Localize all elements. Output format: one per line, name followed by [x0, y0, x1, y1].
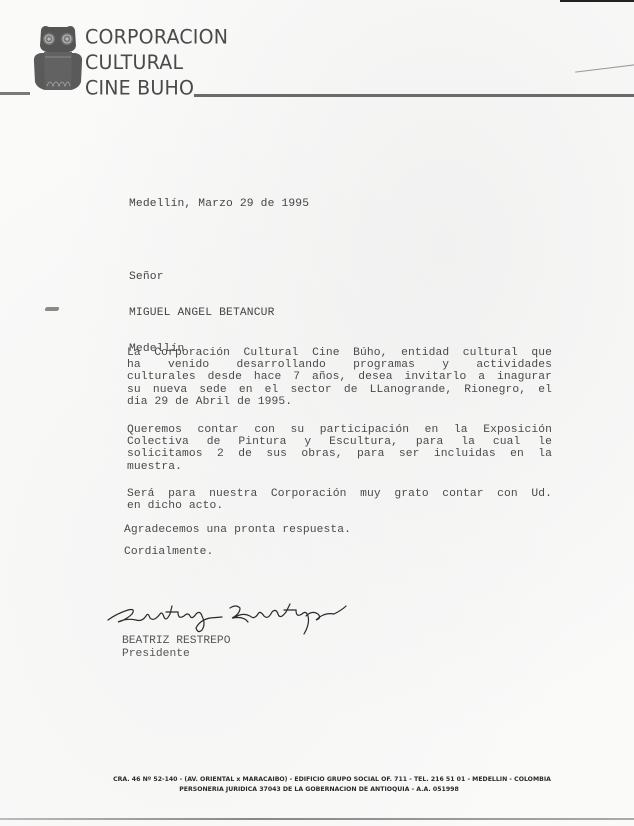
- signer-block: BEATRIZ RESTREPO Presidente: [122, 635, 230, 660]
- paragraph-line: en dicho acto.: [127, 500, 552, 512]
- recipient-salutation: Señor: [129, 271, 275, 283]
- paragraph-line: dia 29 de Abril de 1995.: [127, 396, 552, 408]
- letterhead-rule-left: [0, 92, 30, 95]
- paragraph-line: Agradecemos una pronta respuesta.: [124, 524, 549, 536]
- footer-legal: PERSONERIA JURIDICA 37043 DE LA GOBERNAC…: [0, 785, 634, 795]
- letterhead-rule-right: [194, 94, 634, 97]
- recipient-name: MIGUEL ANGEL BETANCUR: [129, 307, 275, 319]
- paragraph-exhibition: Queremos contar con su participación en …: [127, 424, 552, 473]
- owl-icon: [33, 24, 83, 96]
- paragraph-thanks: Agradecemos una pronta respuesta.: [124, 524, 549, 536]
- paragraph-pleasure: Será para nuestra Corporación muy grato …: [127, 488, 552, 512]
- footer-address: CRA. 46 Nº 52-140 - (AV. ORIENTAL x MARA…: [0, 775, 634, 785]
- scan-edge-bottom: [0, 818, 634, 820]
- paragraph-line: Queremos contar con su participación en …: [127, 424, 552, 436]
- org-name-line-1: CORPORACION: [85, 25, 228, 51]
- org-name-line-2: CULTURAL: [85, 51, 228, 77]
- org-name-line-3: CINE BUHO: [85, 76, 228, 102]
- paragraph-line: Será para nuestra Corporación muy grato …: [127, 488, 552, 500]
- paragraph-line: solicitamos 2 de sus obras, para ser inc…: [127, 448, 552, 460]
- paragraph-line: Colectiva de Pintura y Escultura, para l…: [127, 436, 552, 448]
- signer-title: Presidente: [122, 648, 230, 661]
- paragraph-line: La Corporación Cultural Cine Búho, entid…: [127, 347, 552, 359]
- letterhead-footer: CRA. 46 Nº 52-140 - (AV. ORIENTAL x MARA…: [0, 775, 634, 795]
- signer-name: BEATRIZ RESTREPO: [122, 635, 230, 648]
- handwritten-signature: [106, 598, 356, 638]
- paragraph-line: su nueva sede en el sector de LLanogrand…: [127, 384, 552, 396]
- organization-name: CORPORACION CULTURAL CINE BUHO: [85, 25, 228, 102]
- paragraph-line: culturales desde hace 7 años, desea invi…: [127, 371, 552, 383]
- punch-mark: [44, 307, 59, 311]
- scan-edge-top: [560, 0, 634, 2]
- closing: Cordialmente.: [124, 546, 549, 558]
- paragraph-line: Cordialmente.: [124, 546, 549, 558]
- paper-background: [0, 0, 634, 826]
- paragraph-line: muestra.: [127, 461, 552, 473]
- paragraph-line: ha venido desarrollando programas y acti…: [127, 359, 552, 371]
- paragraph-invitation: La Corporación Cultural Cine Búho, entid…: [127, 347, 552, 408]
- letter-date: Medellín, Marzo 29 de 1995: [129, 198, 309, 210]
